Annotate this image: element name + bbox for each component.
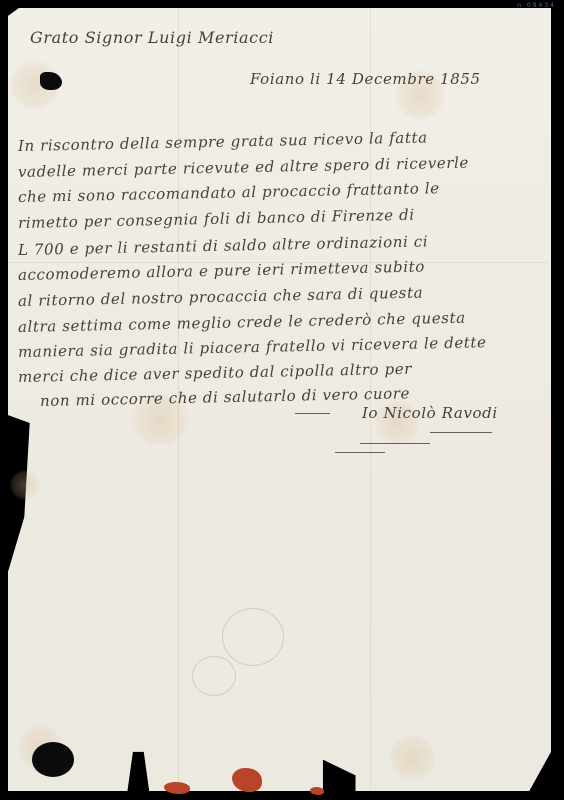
archive-number: n 08434	[517, 2, 556, 9]
signature-flourish	[360, 443, 430, 444]
paper-hole	[40, 72, 62, 90]
wax-seal-fragment	[164, 782, 190, 794]
foxing-stain	[390, 735, 435, 780]
faint-postmark	[192, 656, 236, 696]
signature: Io Nicolò Ravodi	[362, 404, 498, 422]
faint-postmark	[222, 608, 284, 666]
place-date: Foiano li 14 Decembre 1855	[250, 70, 481, 88]
wax-seal-fragment	[310, 787, 324, 795]
paper-hole	[32, 742, 74, 777]
signature-flourish	[295, 413, 330, 414]
signature-flourish	[335, 452, 385, 453]
salutation: Grato Signor Luigi Meriacci	[30, 28, 274, 47]
foxing-stain	[10, 470, 40, 500]
signature-flourish	[430, 432, 492, 433]
